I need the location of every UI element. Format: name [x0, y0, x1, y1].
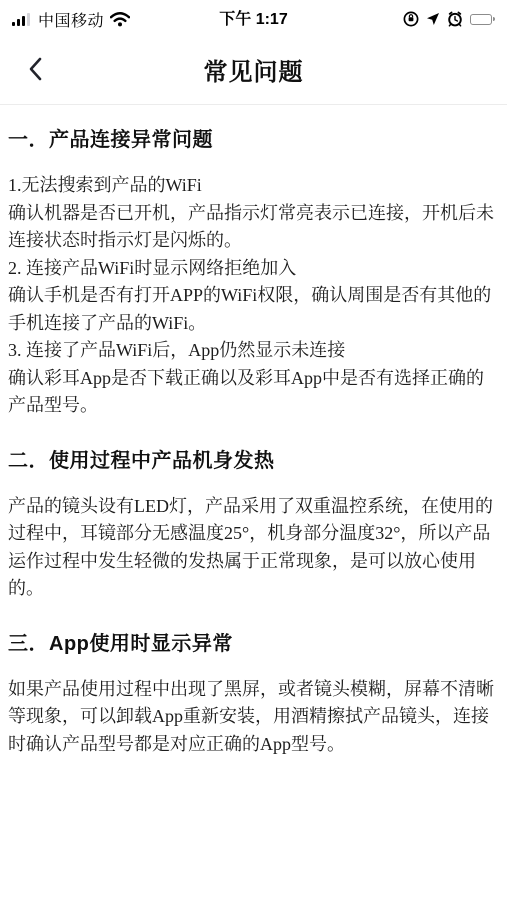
alarm-clock-icon: [447, 11, 463, 27]
section-heading: 一．产品连接异常问题: [8, 123, 497, 152]
cellular-signal-icon: [12, 13, 32, 26]
faq-answer: 确认手机是否有打开APP的WiFi权限，确认周围是否有其他的手机连接了产品的Wi…: [8, 282, 497, 337]
battery-icon: [470, 14, 495, 25]
section-heading: 二．使用过程中产品机身发热: [8, 444, 497, 473]
status-bar: 中国移动 下午 1:17: [0, 0, 507, 34]
location-arrow-icon: [426, 12, 440, 26]
carrier-label: 中国移动: [38, 8, 104, 31]
nav-bar: 常见问题: [0, 34, 507, 105]
rotation-lock-icon: [403, 11, 419, 27]
status-bar-right: [403, 11, 495, 27]
chevron-left-icon: [26, 56, 46, 82]
back-button[interactable]: [18, 51, 54, 87]
faq-answer: 如果产品使用过程中出现了黑屏，或者镜头模糊，屏幕不清晰等现象，可以卸载App重新…: [8, 676, 497, 759]
faq-answer: 产品的镜头设有LED灯，产品采用了双重温控系统，在使用的过程中，耳镜部分无感温度…: [8, 493, 497, 603]
faq-question: 3. 连接了产品WiFi后，App仍然显示未连接: [8, 337, 497, 365]
wifi-icon: [110, 12, 130, 27]
faq-question: 2. 连接产品WiFi时显示网络拒绝加入: [8, 255, 497, 283]
section-heading: 三．App使用时显示异常: [8, 627, 497, 656]
faq-section-1: 一．产品连接异常问题 1.无法搜索到产品的WiFi 确认机器是否已开机，产品指示…: [8, 123, 497, 420]
faq-section-3: 三．App使用时显示异常 如果产品使用过程中出现了黑屏，或者镜头模糊，屏幕不清晰…: [8, 627, 497, 759]
faq-question: 1.无法搜索到产品的WiFi: [8, 172, 497, 200]
page-title: 常见问题: [204, 52, 304, 87]
time-label: 下午 1:17: [219, 6, 287, 29]
status-bar-left: 中国移动: [12, 8, 130, 31]
faq-answer: 确认彩耳App是否下载正确以及彩耳App中是否有选择正确的产品型号。: [8, 365, 497, 420]
faq-content: 一．产品连接异常问题 1.无法搜索到产品的WiFi 确认机器是否已开机，产品指示…: [0, 105, 507, 758]
faq-answer: 确认机器是否已开机，产品指示灯常亮表示已连接，开机后未连接状态时指示灯是闪烁的。: [8, 200, 497, 255]
faq-section-2: 二．使用过程中产品机身发热 产品的镜头设有LED灯，产品采用了双重温控系统，在使…: [8, 444, 497, 603]
